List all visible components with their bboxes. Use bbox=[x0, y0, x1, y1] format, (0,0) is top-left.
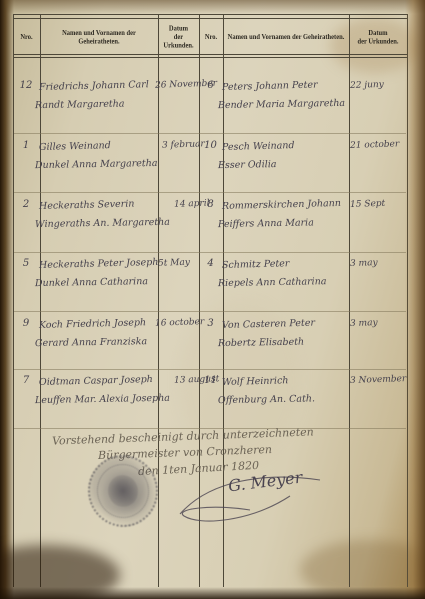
table-row: 8 Rommerskirchen Johann Peiffers Anna Ma… bbox=[199, 198, 408, 234]
header-date-right-line2: der Urkunden. bbox=[357, 38, 398, 47]
photo-frame: Nro. Namen und Vornamen der Geheirathete… bbox=[0, 0, 425, 599]
bride-name: Wingeraths An. Margaretha bbox=[35, 214, 170, 234]
table-row: 4 Schmitz Peter Riepels Ann Catharina 3 … bbox=[199, 257, 408, 293]
row-number: 8 bbox=[199, 198, 222, 210]
groom-name: Peters Johann Peter bbox=[222, 76, 350, 97]
table-row: 3 Von Casteren Peter Robertz Elisabeth 3… bbox=[199, 317, 408, 353]
record-date: 22 juny bbox=[350, 78, 408, 91]
table-row: 2 Heckeraths Severin Wingeraths An. Marg… bbox=[13, 198, 199, 234]
row-separator bbox=[14, 192, 406, 193]
header-names-left: Namen und Vornamen der Geheiratheten. bbox=[42, 21, 156, 56]
groom-name: Rommerskirchen Johann bbox=[222, 195, 350, 216]
row-number: 2 bbox=[13, 198, 39, 210]
page-right-edge bbox=[405, 0, 425, 599]
header-nro-left: Nro. bbox=[13, 21, 40, 56]
row-number: 3 bbox=[199, 317, 222, 329]
row-number: 7 bbox=[13, 374, 39, 386]
groom-name: Schmitz Peter bbox=[222, 254, 350, 275]
record-date: 15 Sept bbox=[350, 197, 408, 210]
header-bottom-line-2 bbox=[13, 57, 407, 58]
groom-name: Heckeraths Peter Joseph bbox=[39, 254, 159, 275]
groom-name: Pesch Weinand bbox=[222, 136, 350, 157]
record-date: 3 may bbox=[350, 256, 408, 269]
table-top-line bbox=[13, 14, 407, 15]
table-row: 9 Koch Friedrich Joseph Gerard Anna Fran… bbox=[13, 317, 199, 353]
row-separator bbox=[14, 133, 406, 134]
groom-name: Koch Friedrich Joseph bbox=[39, 314, 155, 335]
groom-name: Heckeraths Severin bbox=[39, 194, 174, 216]
groom-name: Von Casteren Peter bbox=[222, 314, 350, 335]
table-row: 10 Pesch Weinand Esser Odilia 21 october bbox=[199, 139, 408, 175]
record-date: 3 November bbox=[350, 373, 408, 386]
row-number: 12 bbox=[13, 79, 39, 91]
record-date: 26 November bbox=[155, 78, 199, 91]
header-nro-right: Nro. bbox=[199, 21, 223, 56]
table-row: 6 Peters Johann Peter Bender Maria Marga… bbox=[199, 79, 408, 115]
page-bottom-edge bbox=[0, 587, 425, 599]
table-row: 11 Wolf Heinrich Offenburg An. Cath. 3 N… bbox=[199, 374, 408, 410]
row-number: 11 bbox=[199, 374, 222, 386]
groom-name: Gilles Weinand bbox=[39, 136, 162, 157]
bride-name: Riepels Ann Catharina bbox=[218, 273, 346, 293]
header-date-left: Datum der Urkunden. bbox=[158, 21, 199, 56]
header-date-right: Datum der Urkunden. bbox=[349, 21, 407, 56]
row-number: 4 bbox=[199, 257, 222, 269]
bride-name: Dunkel Anna Catharina bbox=[35, 273, 155, 293]
row-number: 6 bbox=[199, 79, 222, 91]
header-date-left-line1: Datum bbox=[169, 25, 188, 34]
row-separator bbox=[14, 311, 406, 312]
signature-flourish bbox=[170, 470, 340, 530]
table-row: 5 Heckeraths Peter Joseph Dunkel Anna Ca… bbox=[13, 257, 199, 293]
bride-name: Randt Margaretha bbox=[35, 95, 151, 115]
table-row: 12 Friedrichs Johann Carl Randt Margaret… bbox=[13, 79, 199, 115]
record-date: 3 may bbox=[350, 316, 408, 329]
row-number: 10 bbox=[199, 139, 222, 151]
row-number: 5 bbox=[13, 257, 39, 269]
bride-name: Bender Maria Margaretha bbox=[218, 95, 346, 115]
bride-name: Peiffers Anna Maria bbox=[218, 214, 346, 234]
page-top-edge bbox=[0, 0, 425, 14]
groom-name: Wolf Heinrich bbox=[222, 371, 350, 392]
record-date: 16 october bbox=[155, 316, 199, 329]
table-top-line-2 bbox=[13, 18, 407, 19]
bride-name: Dunkel Anna Margaretha bbox=[35, 155, 158, 175]
bride-name: Robertz Elisabeth bbox=[218, 333, 346, 353]
row-number: 9 bbox=[13, 317, 39, 329]
table-row: 1 Gilles Weinand Dunkel Anna Margaretha … bbox=[13, 139, 199, 175]
row-number: 1 bbox=[13, 139, 39, 151]
groom-name: Friedrichs Johann Carl bbox=[39, 76, 155, 97]
groom-name: Oidtman Caspar Joseph bbox=[39, 370, 174, 392]
bride-name: Leuffen Mar. Alexia Josepha bbox=[35, 390, 170, 410]
table-row: 7 Oidtman Caspar Joseph Leuffen Mar. Ale… bbox=[13, 374, 199, 410]
record-date: 5t May bbox=[158, 256, 202, 269]
bride-name: Offenburg An. Cath. bbox=[218, 390, 346, 410]
header-date-right-line1: Datum bbox=[368, 29, 387, 38]
bride-name: Gerard Anna Franziska bbox=[35, 333, 151, 353]
record-date: 21 october bbox=[350, 138, 408, 151]
book-binding-edge bbox=[0, 0, 14, 599]
header-date-left-line2: der Urkunden. bbox=[158, 34, 199, 52]
header-names-right: Namen und Vornamen der Geheiratheten. bbox=[225, 21, 347, 56]
bride-name: Esser Odilia bbox=[218, 155, 346, 175]
